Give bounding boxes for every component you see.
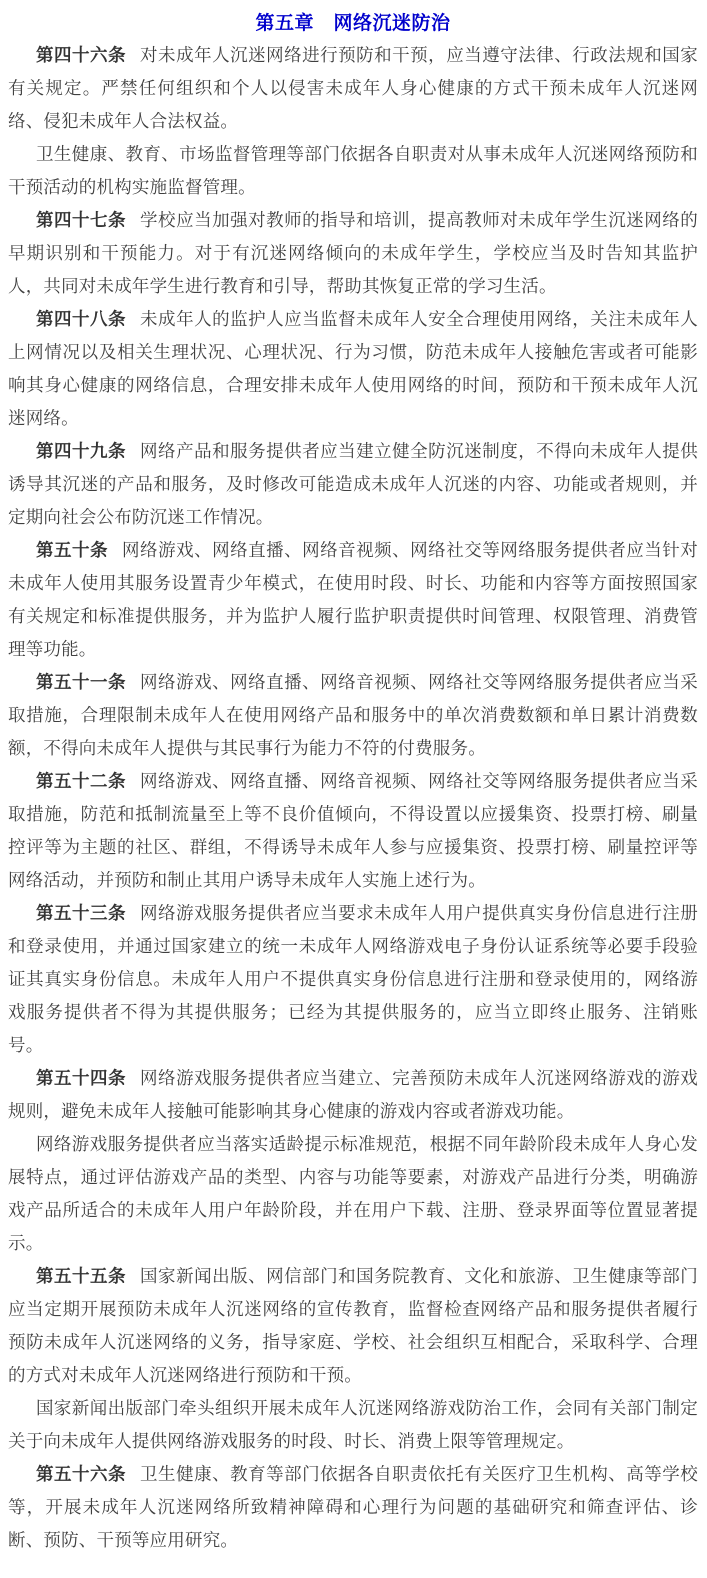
chapter-title: 第五章 网络沉迷防治 bbox=[8, 7, 698, 40]
article-number: 第四十八条 bbox=[36, 310, 126, 330]
law-article-paragraph: 卫生健康、教育、市场监督管理等部门依据各自职责对从事未成年人沉迷网络预防和干预活… bbox=[8, 139, 698, 205]
law-chapter-document: 第五章 网络沉迷防治 第四十六条对未成年人沉迷网络进行预防和干预，应当遵守法律、… bbox=[0, 0, 707, 1578]
law-article-paragraph: 第五十一条网络游戏、网络直播、网络音视频、网络社交等网络服务提供者应当采取措施，… bbox=[8, 667, 698, 766]
law-article-paragraph: 第五十六条卫生健康、教育等部门依据各自职责依托有关医疗卫生机构、高等学校等，开展… bbox=[8, 1459, 698, 1558]
article-number: 第四十九条 bbox=[36, 442, 126, 462]
law-article-paragraph: 第四十七条学校应当加强对教师的指导和培训，提高教师对未成年学生沉迷网络的早期识别… bbox=[8, 205, 698, 304]
article-number: 第五十五条 bbox=[36, 1267, 126, 1287]
law-article-paragraph: 国家新闻出版部门牵头组织开展未成年人沉迷网络游戏防治工作，会同有关部门制定关于向… bbox=[8, 1393, 698, 1459]
article-number: 第四十六条 bbox=[36, 46, 126, 66]
article-text: 网络游戏、网络直播、网络音视频、网络社交等网络服务提供者应当针对未成年人使用其服… bbox=[8, 541, 698, 660]
article-number: 第四十七条 bbox=[36, 211, 126, 231]
law-article-paragraph: 第四十八条未成年人的监护人应当监督未成年人安全合理使用网络，关注未成年人上网情况… bbox=[8, 304, 698, 436]
article-number: 第五十条 bbox=[36, 541, 108, 561]
law-article-paragraph: 第五十三条网络游戏服务提供者应当要求未成年人用户提供真实身份信息进行注册和登录使… bbox=[8, 898, 698, 1063]
article-number: 第五十二条 bbox=[36, 772, 126, 792]
law-article-paragraph: 网络游戏服务提供者应当落实适龄提示标准规范，根据不同年龄阶段未成年人身心发展特点… bbox=[8, 1129, 698, 1261]
law-article-paragraph: 第五十条网络游戏、网络直播、网络音视频、网络社交等网络服务提供者应当针对未成年人… bbox=[8, 535, 698, 667]
article-number: 第五十一条 bbox=[36, 673, 126, 693]
article-text: 网络游戏服务提供者应当要求未成年人用户提供真实身份信息进行注册和登录使用，并通过… bbox=[8, 904, 698, 1056]
law-article-paragraph: 第五十二条网络游戏、网络直播、网络音视频、网络社交等网络服务提供者应当采取措施，… bbox=[8, 766, 698, 898]
article-text: 网络游戏服务提供者应当落实适龄提示标准规范，根据不同年龄阶段未成年人身心发展特点… bbox=[8, 1135, 698, 1254]
law-article-paragraph: 第五十五条国家新闻出版、网信部门和国务院教育、文化和旅游、卫生健康等部门应当定期… bbox=[8, 1261, 698, 1393]
law-article-paragraph: 第五十四条网络游戏服务提供者应当建立、完善预防未成年人沉迷网络游戏的游戏规则，避… bbox=[8, 1063, 698, 1129]
article-number: 第五十三条 bbox=[36, 904, 126, 924]
article-number: 第五十四条 bbox=[36, 1069, 126, 1089]
article-number: 第五十六条 bbox=[36, 1465, 126, 1485]
law-article-paragraph: 第四十六条对未成年人沉迷网络进行预防和干预，应当遵守法律、行政法规和国家有关规定… bbox=[8, 40, 698, 139]
article-text: 卫生健康、教育、市场监督管理等部门依据各自职责对从事未成年人沉迷网络预防和干预活… bbox=[8, 145, 698, 198]
article-text: 国家新闻出版部门牵头组织开展未成年人沉迷网络游戏防治工作，会同有关部门制定关于向… bbox=[8, 1399, 698, 1452]
law-article-paragraph: 第四十九条网络产品和服务提供者应当建立健全防沉迷制度，不得向未成年人提供诱导其沉… bbox=[8, 436, 698, 535]
